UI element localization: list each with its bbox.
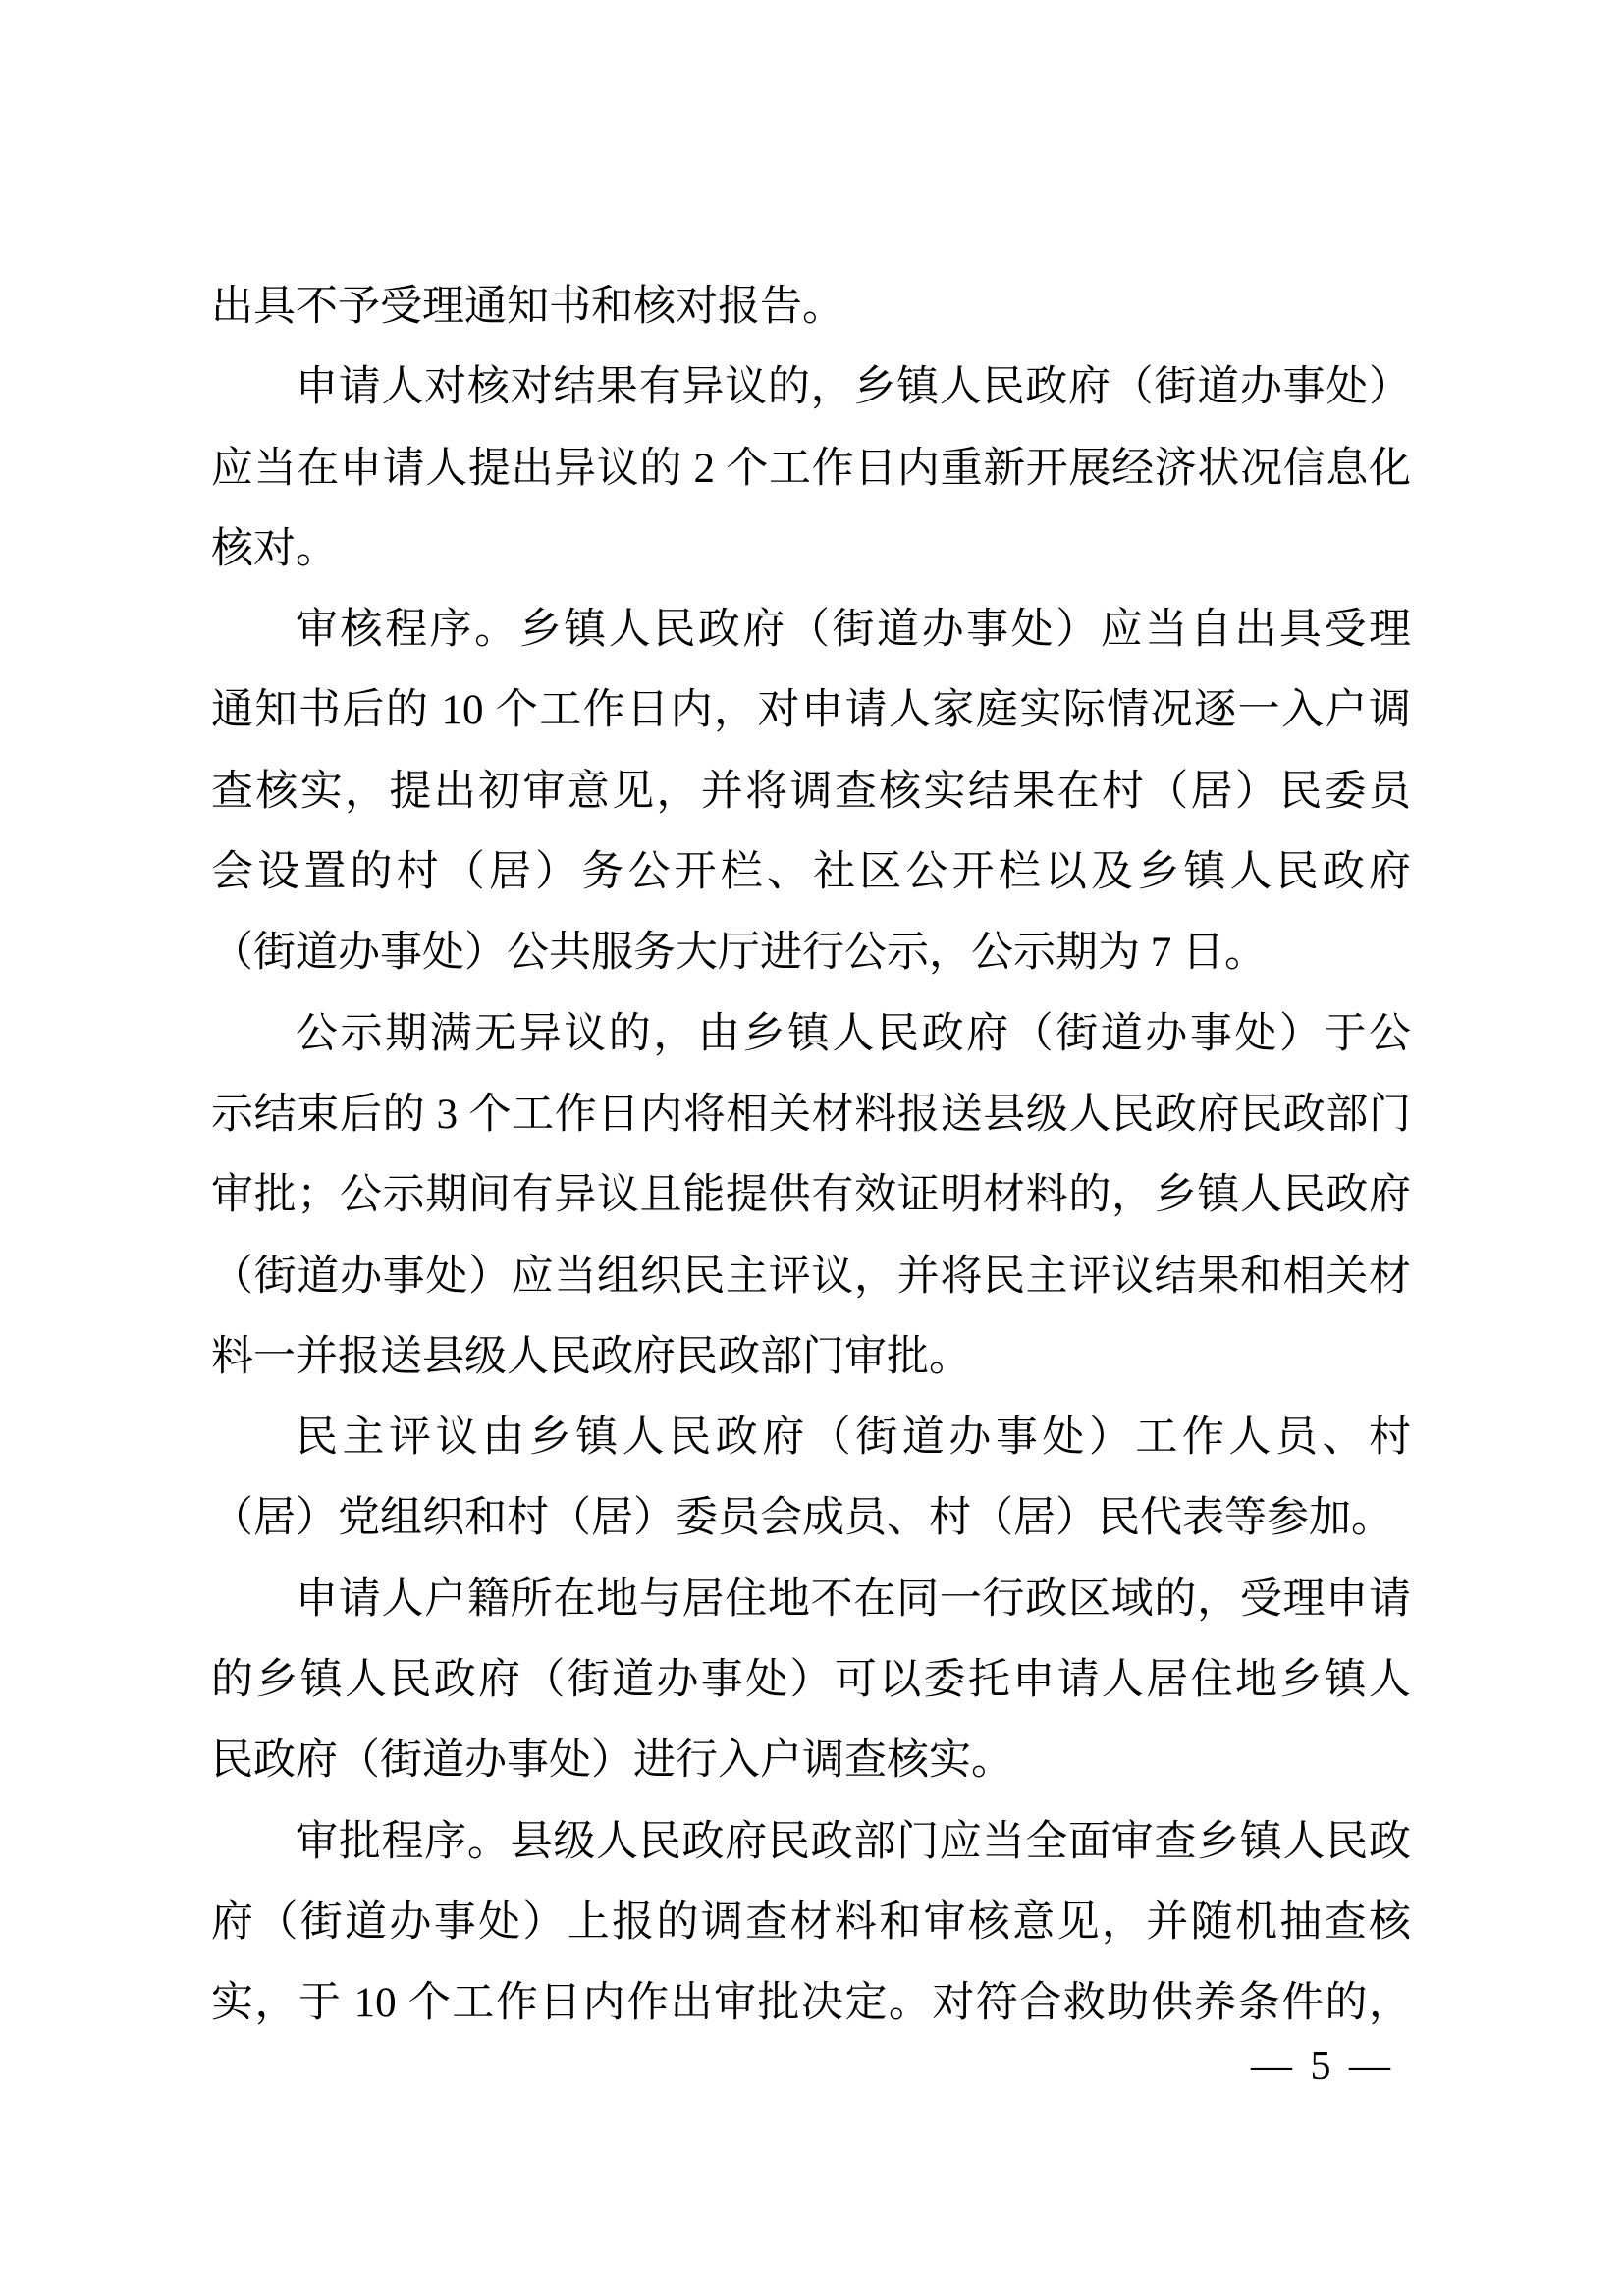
body-text: 出具不予受理通知书和核对报告。申请人对核对结果有异议的，乡镇人民政府（街道办事处… [211,267,1411,2045]
text-line: 公示期满无异议的，由乡镇人民政府（街道办事处）于公 [211,994,1411,1075]
text-line: 通知书后的 10 个工作日内，对申请人家庭实际情况逐一入户调 [211,670,1411,751]
text-line: 申请人对核对结果有异议的，乡镇人民政府（街道办事处） [211,347,1411,428]
text-line: 出具不予受理通知书和核对报告。 [211,267,1411,347]
page-number: — 5 — [1251,2045,1394,2088]
text-line: （居）党组织和村（居）委员会成员、村（居）民代表等参加。 [211,1478,1411,1559]
document-page: 出具不予受理通知书和核对报告。申请人对核对结果有异议的，乡镇人民政府（街道办事处… [0,0,1624,2296]
text-line: 应当在申请人提出异议的 2 个工作日内重新开展经济状况信息化 [211,429,1411,509]
text-line: 会设置的村（居）务公开栏、社区公开栏以及乡镇人民政府 [211,832,1411,913]
text-line: 审批；公示期间有异议且能提供有效证明材料的，乡镇人民政府 [211,1155,1411,1236]
text-line: （街道办事处）公共服务大厅进行公示，公示期为 7 日。 [211,913,1411,993]
text-line: 民政府（街道办事处）进行入户调查核实。 [211,1721,1411,1801]
text-line: 示结束后的 3 个工作日内将相关材料报送县级人民政府民政部门 [211,1075,1411,1155]
text-line: 料一并报送县级人民政府民政部门审批。 [211,1317,1411,1398]
text-line: （街道办事处）应当组织民主评议，并将民主评议结果和相关材 [211,1237,1411,1317]
text-line: 实，于 10 个工作日内作出审批决定。对符合救助供养条件的， [211,1963,1411,2044]
text-line: 审批程序。县级人民政府民政部门应当全面审查乡镇人民政 [211,1802,1411,1883]
text-line: 核对。 [211,509,1411,590]
text-line: 的乡镇人民政府（街道办事处）可以委托申请人居住地乡镇人 [211,1640,1411,1721]
text-line: 申请人户籍所在地与居住地不在同一行政区域的，受理申请 [211,1560,1411,1640]
text-line: 审核程序。乡镇人民政府（街道办事处）应当自出具受理 [211,590,1411,670]
text-line: 查核实，提出初审意见，并将调查核实结果在村（居）民委员 [211,752,1411,832]
text-line: 府（街道办事处）上报的调查材料和审核意见，并随机抽查核 [211,1883,1411,1963]
text-line: 民主评议由乡镇人民政府（街道办事处）工作人员、村 [211,1398,1411,1478]
